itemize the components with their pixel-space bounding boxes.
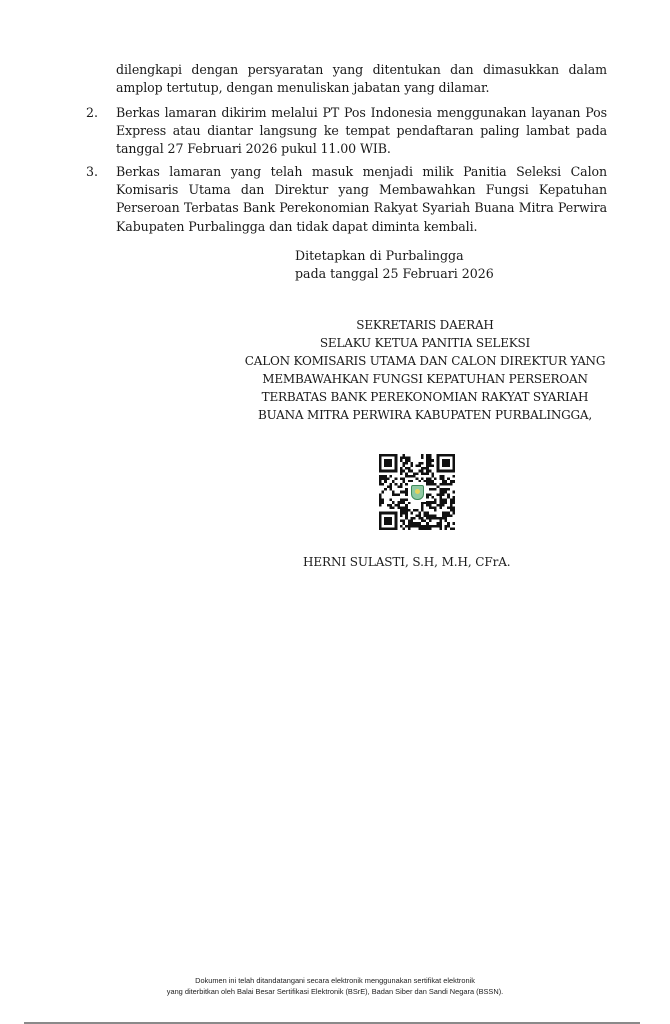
signer-title-line: MEMBAWAHKAN FUNGSI KEPATUHAN PERSEROAN <box>200 370 650 388</box>
list-item: 2. Berkas lamaran dikirim melalui PT Pos… <box>84 104 607 159</box>
regency-emblem-icon <box>408 482 426 502</box>
place-and-date: Ditetapkan di Purbalingga pada tanggal 2… <box>295 247 494 283</box>
list-item-text: Berkas lamaran dikirim melalui PT Pos In… <box>116 104 607 159</box>
place-line: Ditetapkan di Purbalingga <box>295 247 494 265</box>
signer-title-line: BUANA MITRA PERWIRA KABUPATEN PURBALINGG… <box>200 406 650 424</box>
signer-title-block: SEKRETARIS DAERAH SELAKU KETUA PANITIA S… <box>200 316 650 424</box>
signer-name: HERNI SULASTI, S.H, M.H, CFrA. <box>303 553 511 571</box>
footer-divider <box>24 1022 640 1024</box>
list-item: 3. Berkas lamaran yang telah masuk menja… <box>84 163 607 236</box>
signer-title-line: SELAKU KETUA PANITIA SELEKSI <box>200 334 650 352</box>
list-item-number: 2. <box>86 104 114 122</box>
date-line: pada tanggal 25 Februari 2026 <box>295 265 494 283</box>
notice-line-1: Dokumen ini telah ditandatangani secara … <box>0 976 670 987</box>
signer-title-line: CALON KOMISARIS UTAMA DAN CALON DIREKTUR… <box>200 352 650 370</box>
signer-title-line: TERBATAS BANK PEREKONOMIAN RAKYAT SYARIA… <box>200 388 650 406</box>
notice-line-2: yang diterbitkan oleh Balai Besar Sertif… <box>0 987 670 998</box>
electronic-signature-notice: Dokumen ini telah ditandatangani secara … <box>0 976 670 997</box>
signer-title-line: SEKRETARIS DAERAH <box>200 316 650 334</box>
continuation-paragraph: dilengkapi dengan persyaratan yang diten… <box>116 61 607 97</box>
document-page: dilengkapi dengan persyaratan yang diten… <box>0 0 670 1024</box>
qr-code-icon <box>379 454 455 530</box>
list-item-text: Berkas lamaran yang telah masuk menjadi … <box>116 163 607 236</box>
list-item-number: 3. <box>86 163 114 181</box>
